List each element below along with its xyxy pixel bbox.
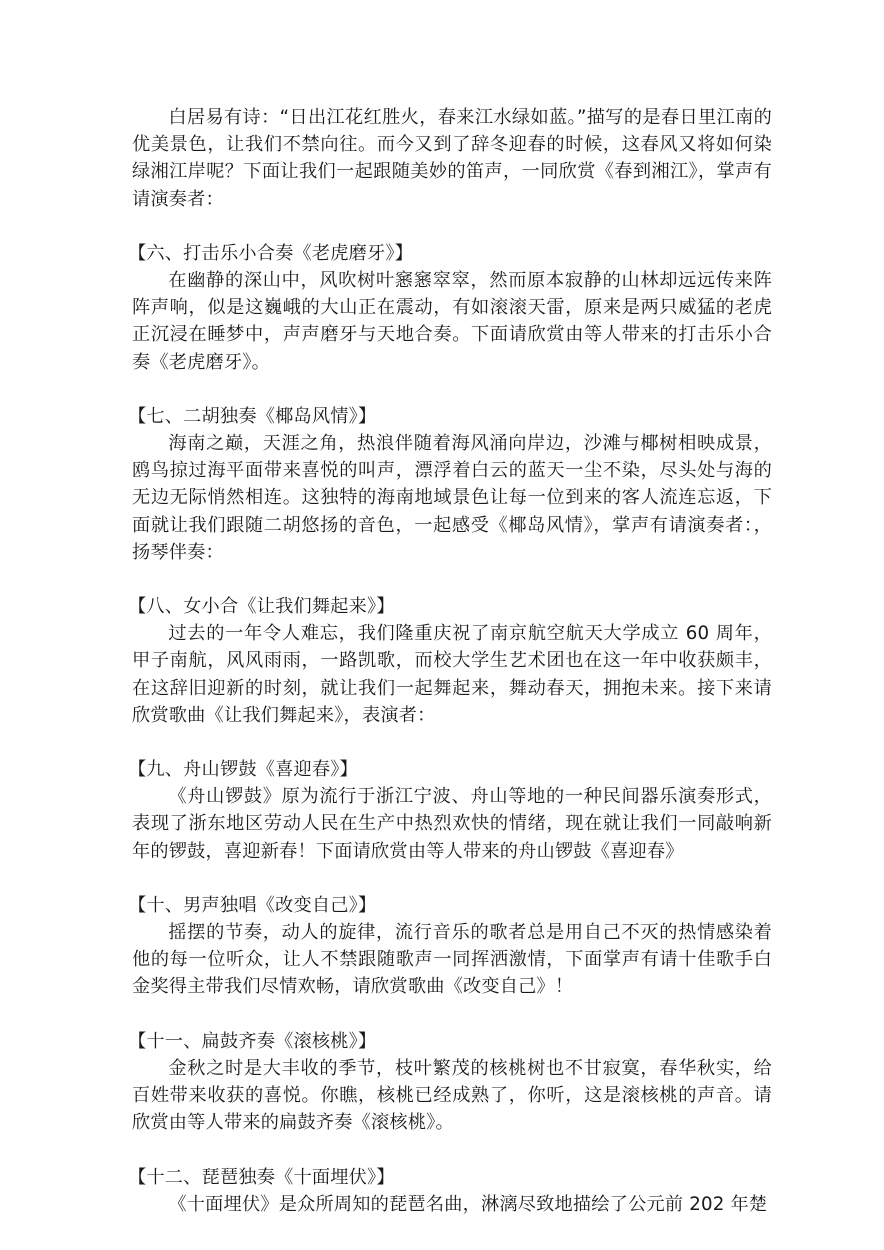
section-paragraph: 在幽静的深山中，风吹树叶窸窸窣窣，然而原本寂静的山林却远远传来阵阵声响，似是这巍… <box>132 267 772 376</box>
section-heading: 【九、舟山锣鼓《喜迎春》】 <box>128 756 772 783</box>
intro-paragraph: 白居易有诗：“日出江花红胜火，春来江水绿如蓝。”描写的是春日里江南的优美景色，让… <box>132 104 772 213</box>
section-7: 【七、二胡独奏《椰岛风情》】 海南之巅，天涯之角，热浪伴随着海风涌向岸边，沙滩与… <box>132 403 772 566</box>
section-paragraph: 《十面埋伏》是众所周知的琵琶名曲，淋漓尽致地描绘了公元前 202 年楚 <box>132 1191 772 1218</box>
section-8: 【八、女小合《让我们舞起来》】 过去的一年令人难忘，我们隆重庆祝了南京航空航天大… <box>132 593 772 729</box>
section-heading: 【十、男声独唱《改变自己》】 <box>128 892 772 919</box>
section-paragraph: 《舟山锣鼓》原为流行于浙江宁波、舟山等地的一种民间器乐演奏形式，表现了浙东地区劳… <box>132 783 772 865</box>
section-12: 【十二、琵琶独奏《十面埋伏》】 《十面埋伏》是众所周知的琵琶名曲，淋漓尽致地描绘… <box>132 1164 772 1218</box>
section-paragraph: 过去的一年令人难忘，我们隆重庆祝了南京航空航天大学成立 60 周年，甲子南航，风… <box>132 620 772 729</box>
intro-section: 白居易有诗：“日出江花红胜火，春来江水绿如蓝。”描写的是春日里江南的优美景色，让… <box>132 104 772 213</box>
section-paragraph: 海南之巅，天涯之角，热浪伴随着海风涌向岸边，沙滩与椰树相映成景，鸥鸟掠过海平面带… <box>132 430 772 566</box>
section-6: 【六、打击乐小合奏《老虎磨牙》】 在幽静的深山中，风吹树叶窸窸窣窣，然而原本寂静… <box>132 240 772 376</box>
section-11: 【十一、扁鼓齐奏《滚核桃》】 金秋之时是大丰收的季节，枝叶繁茂的核桃树也不甘寂寞… <box>132 1028 772 1137</box>
section-10: 【十、男声独唱《改变自己》】 摇摆的节奏，动人的旋律，流行音乐的歌者总是用自己不… <box>132 892 772 1001</box>
section-heading: 【七、二胡独奏《椰岛风情》】 <box>128 403 772 430</box>
section-heading: 【六、打击乐小合奏《老虎磨牙》】 <box>128 240 772 267</box>
section-heading: 【十二、琵琶独奏《十面埋伏》】 <box>128 1164 772 1191</box>
section-9: 【九、舟山锣鼓《喜迎春》】 《舟山锣鼓》原为流行于浙江宁波、舟山等地的一种民间器… <box>132 756 772 865</box>
section-heading: 【八、女小合《让我们舞起来》】 <box>128 593 772 620</box>
section-heading: 【十一、扁鼓齐奏《滚核桃》】 <box>128 1028 772 1055</box>
section-paragraph: 摇摆的节奏，动人的旋律，流行音乐的歌者总是用自己不灭的热情感染着他的每一位听众，… <box>132 919 772 1001</box>
section-paragraph: 金秋之时是大丰收的季节，枝叶繁茂的核桃树也不甘寂寞，春华秋实，给百姓带来收获的喜… <box>132 1055 772 1137</box>
document-page: 白居易有诗：“日出江花红胜火，春来江水绿如蓝。”描写的是春日里江南的优美景色，让… <box>132 104 772 1245</box>
